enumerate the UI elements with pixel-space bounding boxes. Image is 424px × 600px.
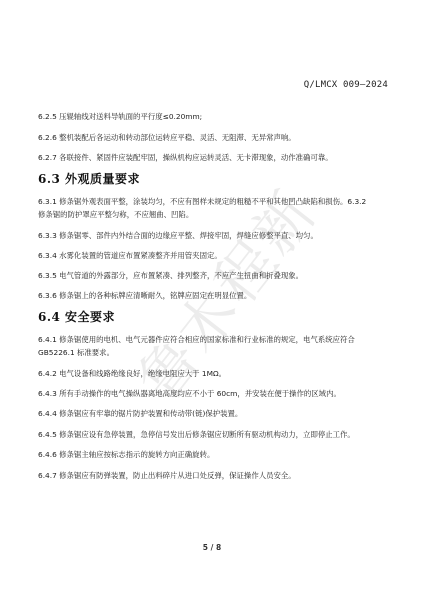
clause-6-3-6: 6.3.6 修条锯上的各种标牌应清晰耐久，铭牌应固定在明显位置。 [38, 289, 388, 302]
clause-6-2-7: 6.2.7 各联接件、紧固件应装配牢固，操纵机构应运转灵活、无卡滞现象，动作准确… [38, 151, 388, 164]
clause-6-4-1-line1: 6.4.1 修条锯使用的电机、电气元器件应符合相应的国家标准和行业标准的规定，电… [38, 333, 388, 346]
page-number: 5 / 8 [0, 543, 424, 552]
clause-6-2-6: 6.2.6 整机装配后各运动和转动部位运转应平稳、灵活、无阻滞、无异常声响。 [38, 131, 388, 144]
clause-6-4-4: 6.4.4 修条锯应有牢靠的锯片防护装置和传动带(链)保护装置。 [38, 407, 388, 420]
clause-6-4-7: 6.4.7 修条锯应有防弹装置，防止出料碎片从进口处反弹，保证操作人员安全。 [38, 469, 388, 482]
clause-6-4-1-line2: GB5226.1 标准要求。 [38, 346, 388, 359]
clause-6-3-3: 6.3.3 修条锯零、部件内外结合面的边缘应平整、焊接牢固，焊缝应修整平直、均匀… [38, 229, 388, 242]
clause-6-4-6: 6.4.6 修条锯主轴应按标志指示的旋转方向正确旋转。 [38, 448, 388, 461]
clause-6-3-1-line1: 6.3.1 修条锯外观表面平整，涂装均匀，不应有图样未规定的粗糙不平和其他凹凸缺… [38, 195, 388, 208]
standard-code-header: Q/LMCX 009—2024 [304, 80, 388, 90]
clause-6-4-2: 6.4.2 电气设备和线路绝缘良好，绝缘电阻应大于 1MΩ。 [38, 367, 388, 380]
clause-6-2-5: 6.2.5 压辊轴线对送料导轨面的平行度≤0.20mm; [38, 110, 388, 123]
clause-6-3-1-line2: 修条锯的防护罩应平整匀称，不应翘曲、凹陷。 [38, 208, 388, 221]
section-heading-6-3: 6.3 外观质量要求 [38, 170, 140, 187]
clause-6-3-5: 6.3.5 电气管道的外露部分，应布置紧凑、排列整齐，不应产生扭曲和折叠现象。 [38, 269, 388, 282]
clause-6-4-3: 6.4.3 所有手动操作的电气操纵器离地高度均应不小于 60cm，并安装在便于操… [38, 387, 388, 400]
section-heading-6-4: 6.4 安全要求 [38, 308, 115, 325]
clause-6-4-5: 6.4.5 修条锯应设有急停装置，急停信号发出后修条锯应切断所有驱动机构动力，立… [38, 428, 388, 441]
document-page: 鲁木程新 Q/LMCX 009—2024 6.2.5 压辊轴线对送料导轨面的平行… [0, 0, 424, 600]
clause-6-3-4: 6.3.4 水雾化装置的管道应布置紧凑整齐并用管夹固定。 [38, 249, 388, 262]
